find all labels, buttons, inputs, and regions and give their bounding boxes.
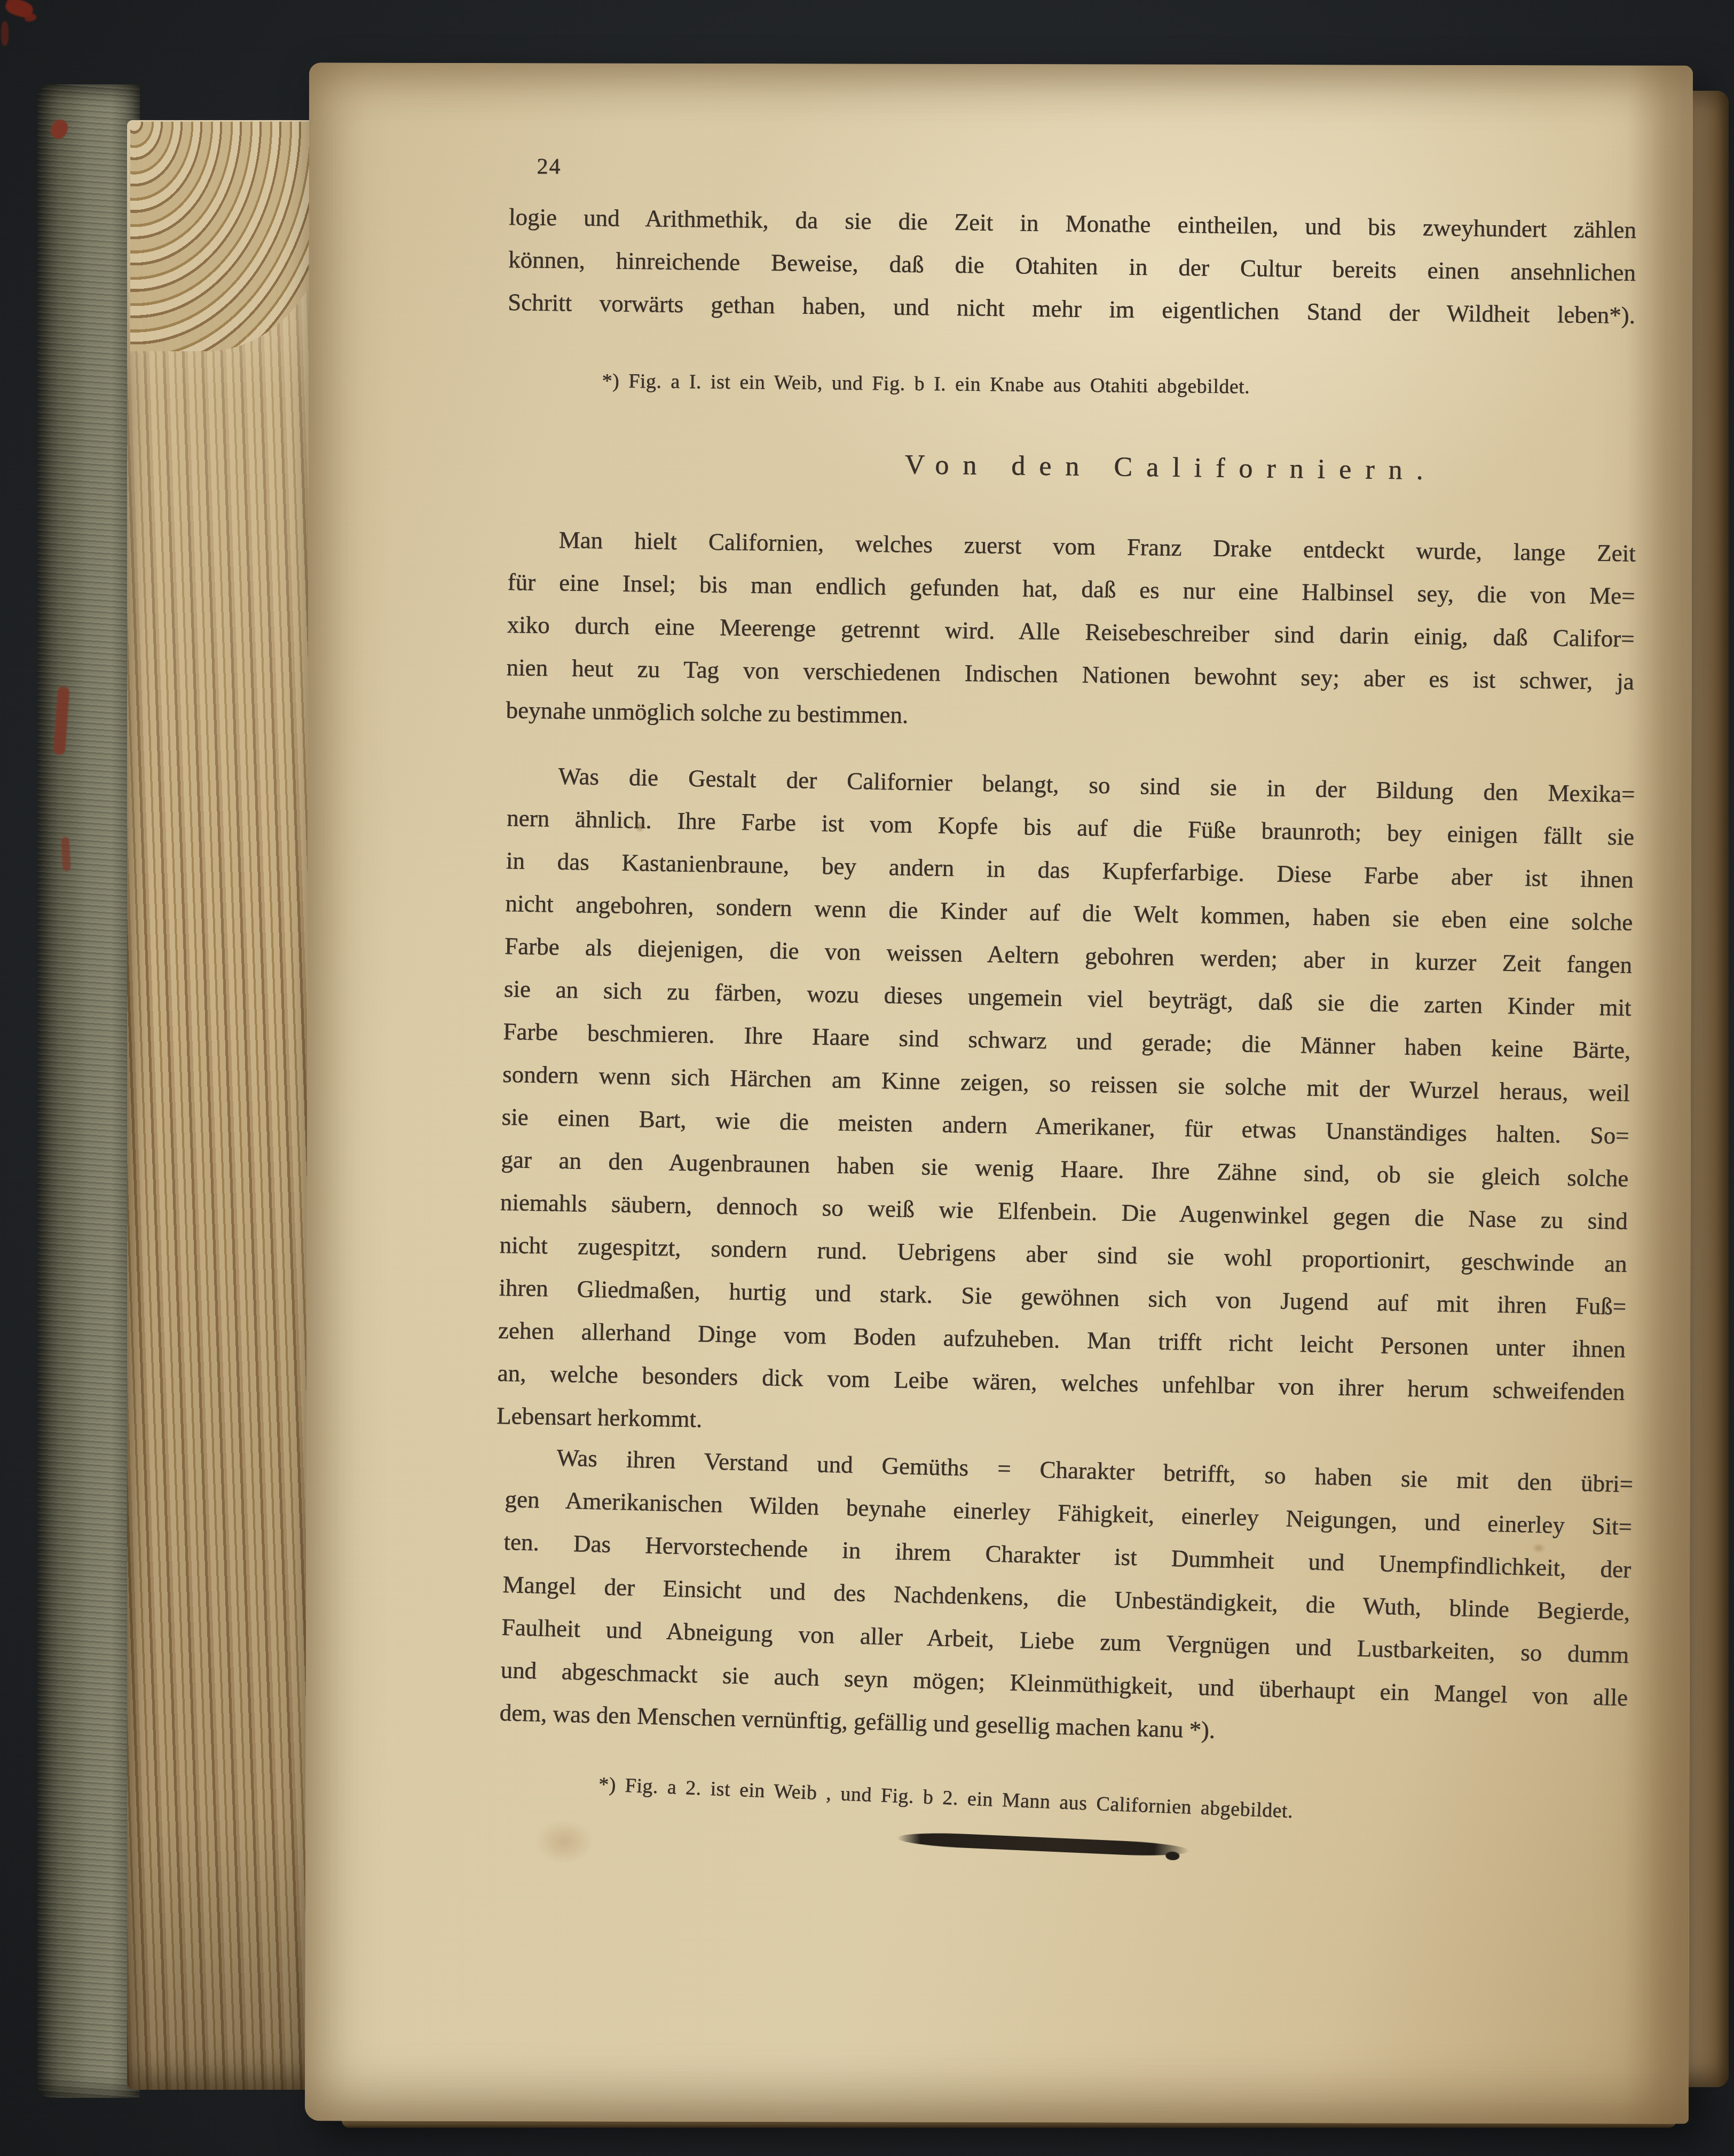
book-page: 24 logie und Arithmethik, da sie die Zei… [305,62,1693,2123]
footnote-otahiti: *) Fig. a I. ist ein Weib, und Fig. b I.… [508,366,1636,404]
paragraph-california-intro: Man hielt Californien, welches zuerst vo… [506,518,1636,746]
section-heading: Von den Californiern. [508,443,1636,491]
paper-stain [535,1819,594,1864]
book-cover-edge [37,84,140,2098]
page-edge-stack [127,120,325,2090]
red-speck [1,21,9,46]
page-number: 24 [537,153,1637,183]
paragraph-gestalt: Was die Gestalt der Californier belangt,… [496,754,1635,1456]
intro-paragraph: logie und Arithmethik, da sie die Zeit i… [508,195,1637,337]
paragraph-verstand: Was ihren Verstand und Gemüths = Charakt… [499,1435,1634,1762]
ink-rule [897,1831,1190,1858]
photo-backdrop: 24 logie und Arithmethik, da sie die Zei… [0,0,1734,2156]
text-block: 24 logie und Arithmethik, da sie die Zei… [506,153,1636,1797]
footnote-californien: *) Fig. a 2. ist ein Weib , und Fig. b 2… [505,1767,1632,1838]
